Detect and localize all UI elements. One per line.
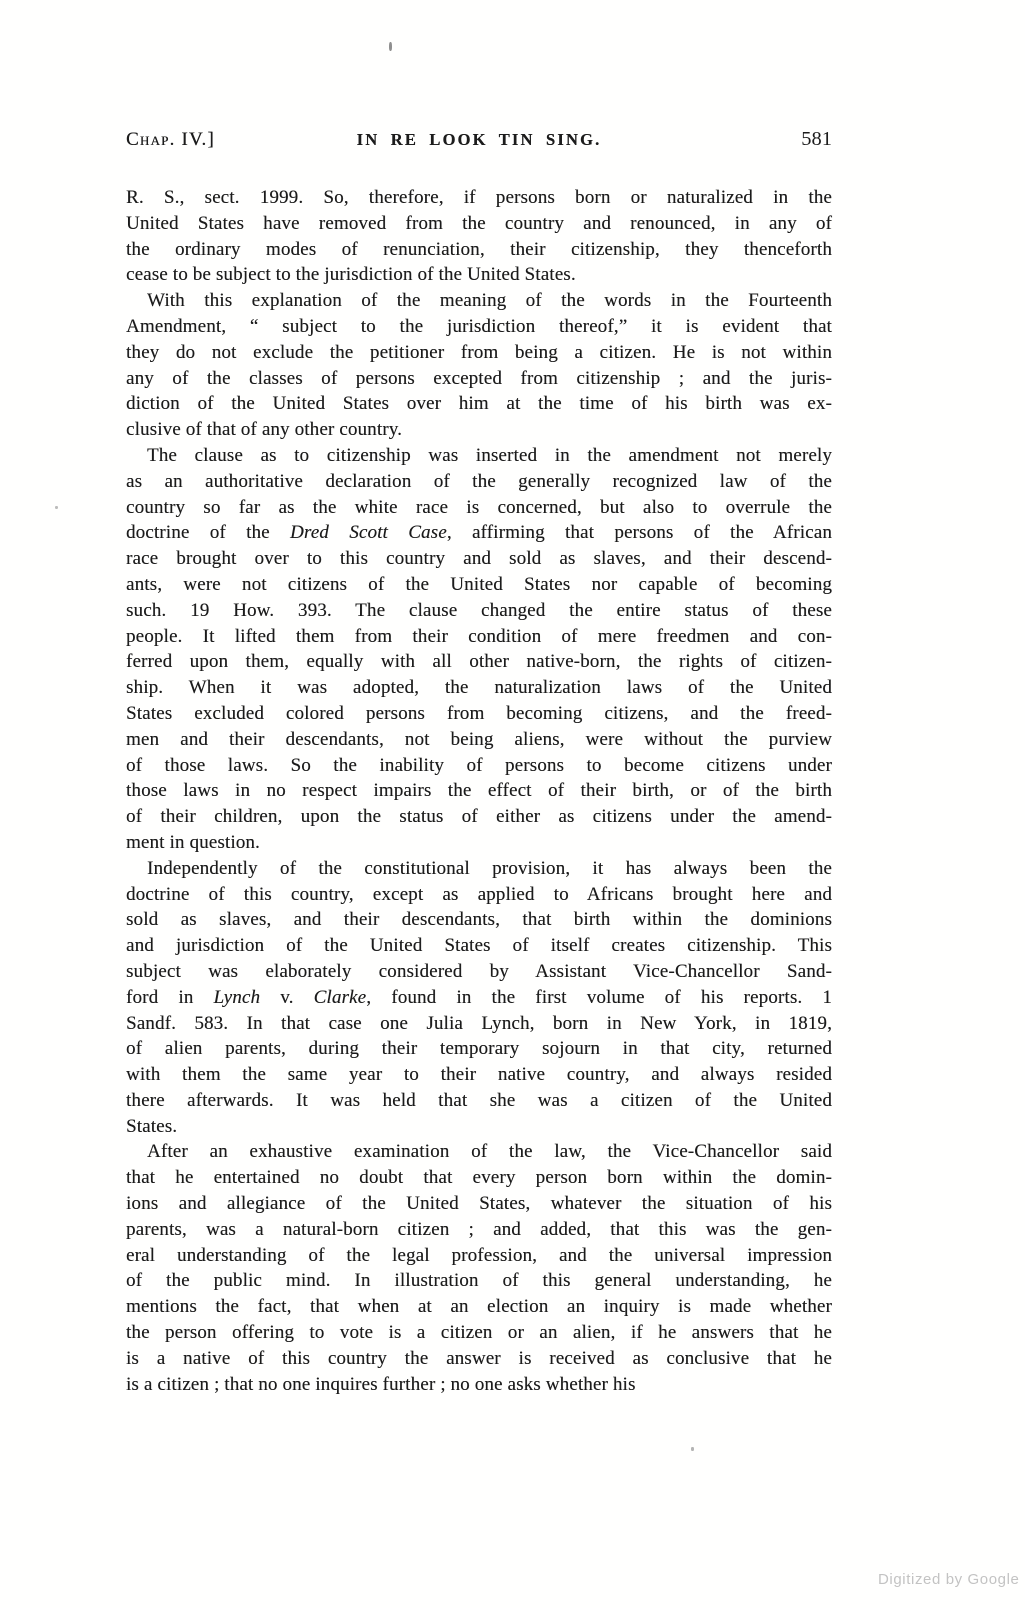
text-line: Independently of the constitutional prov… [126, 856, 832, 882]
text-line: diction of the United States over him at… [126, 391, 832, 417]
scan-artifact [691, 1447, 694, 1451]
running-header: Chap. IV.] IN RE LOOK TIN SING. 581 [126, 128, 832, 154]
text-line: ford in Lynch v. Clarke, found in the fi… [126, 985, 832, 1011]
text-line: clusive of that of any other country. [126, 417, 832, 443]
page-number: 581 [672, 128, 832, 151]
text-line: Sandf. 583. In that case one Julia Lynch… [126, 1011, 832, 1037]
text-line: of the public mind. In illustration of t… [126, 1268, 832, 1294]
text-line: eral understanding of the legal professi… [126, 1243, 832, 1269]
text-line: of alien parents, during their temporary… [126, 1036, 832, 1062]
text-line: the person offering to vote is a citizen… [126, 1320, 832, 1346]
text-line: States. [126, 1114, 832, 1140]
text-line: those laws in no respect impairs the eff… [126, 778, 832, 804]
text-line: people. It lifted them from their condit… [126, 624, 832, 650]
case-title: IN RE LOOK TIN SING. [286, 130, 672, 150]
text-line: ment in question. [126, 830, 832, 856]
text-line: subject was elaborately considered by As… [126, 959, 832, 985]
text-line: and jurisdiction of the United States of… [126, 933, 832, 959]
text-line: Amendment, “ subject to the jurisdiction… [126, 314, 832, 340]
text-line: is a native of this country the answer i… [126, 1346, 832, 1372]
text-line: ants, were not citizens of the United St… [126, 572, 832, 598]
text-line: ions and allegiance of the United States… [126, 1191, 832, 1217]
text-line: R. S., sect. 1999. So, therefore, if per… [126, 185, 832, 211]
text-line: ship. When it was adopted, the naturaliz… [126, 675, 832, 701]
text-line: such. 19 How. 393. The clause changed th… [126, 598, 832, 624]
text-line: country so far as the white race is conc… [126, 495, 832, 521]
digitized-by-google-watermark: Digitized by Google [878, 1571, 1018, 1588]
page-body: R. S., sect. 1999. So, therefore, if per… [126, 185, 832, 1397]
text-line: with them the same year to their native … [126, 1062, 832, 1088]
scanned-book-page: Chap. IV.] IN RE LOOK TIN SING. 581 R. S… [0, 0, 1025, 1608]
text-line: mentions the fact, that when at an elect… [126, 1294, 832, 1320]
text-line: The clause as to citizenship was inserte… [126, 443, 832, 469]
text-line: that he entertained no doubt that every … [126, 1165, 832, 1191]
text-line: With this explanation of the meaning of … [126, 288, 832, 314]
text-line: any of the classes of persons excepted f… [126, 366, 832, 392]
text-line: doctrine of this country, except as appl… [126, 882, 832, 908]
page-content: Chap. IV.] IN RE LOOK TIN SING. 581 R. S… [126, 128, 832, 1397]
text-line: of their children, upon the status of ei… [126, 804, 832, 830]
text-line: is a citizen ; that no one inquires furt… [126, 1372, 832, 1398]
text-line: States excluded colored persons from bec… [126, 701, 832, 727]
text-line: men and their descendants, not being ali… [126, 727, 832, 753]
text-line: race brought over to this country and so… [126, 546, 832, 572]
scan-artifact [55, 506, 58, 509]
text-line: they do not exclude the petitioner from … [126, 340, 832, 366]
text-line: cease to be subject to the jurisdiction … [126, 262, 832, 288]
scan-artifact [389, 42, 392, 51]
text-line: there afterwards. It was held that she w… [126, 1088, 832, 1114]
chapter-label: Chap. IV.] [126, 129, 286, 151]
text-line: of those laws. So the inability of perso… [126, 753, 832, 779]
text-line: doctrine of the Dred Scott Case, affirmi… [126, 520, 832, 546]
text-line: ferred upon them, equally with all other… [126, 649, 832, 675]
text-line: After an exhaustive examination of the l… [126, 1139, 832, 1165]
text-line: sold as slaves, and their descendants, t… [126, 907, 832, 933]
text-line: United States have removed from the coun… [126, 211, 832, 237]
text-line: the ordinary modes of renunciation, thei… [126, 237, 832, 263]
text-line: as an authoritative declaration of the g… [126, 469, 832, 495]
text-line: parents, was a natural-born citizen ; an… [126, 1217, 832, 1243]
